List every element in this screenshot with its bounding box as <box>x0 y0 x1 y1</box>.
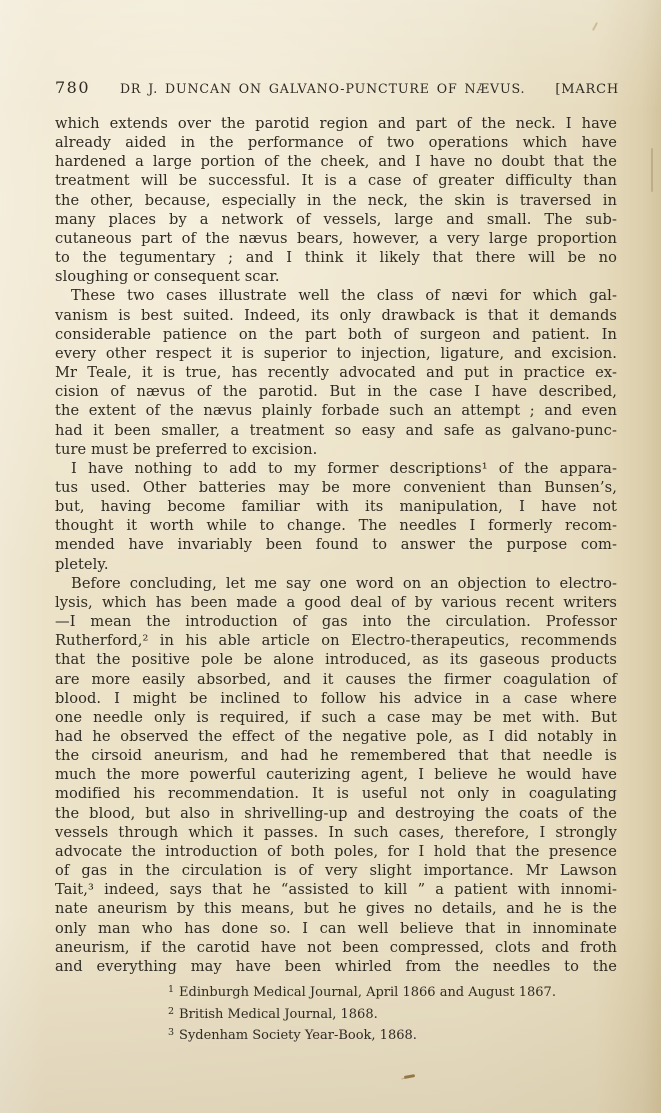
scanned-journal-page: 780 DR J. DUNCAN ON GALVANO-PUNCTURE OF … <box>0 0 661 1113</box>
text-line: and everything may have been whirled fro… <box>55 957 617 976</box>
footnotes: 1Edinburgh Medical Journal, April 1866 a… <box>168 981 556 1046</box>
paper-speck <box>592 22 598 31</box>
text-line: considerable patience on the part both o… <box>55 325 617 344</box>
text-line: treatment will be successful. It is a ca… <box>55 171 617 190</box>
text-line: the other, because, especially in the ne… <box>55 191 617 210</box>
text-line: already aided in the performance of two … <box>55 133 617 152</box>
text-line: lysis, which has been made a good deal o… <box>55 593 617 612</box>
text-line: only man who has done so. I can well bel… <box>55 919 617 938</box>
text-line: advocate the introduction of both poles,… <box>55 842 617 861</box>
text-line: every other respect it is superior to in… <box>55 344 617 363</box>
paper-speck <box>404 1074 415 1079</box>
text-line: are more easily absorbed, and it causes … <box>55 670 617 689</box>
text-line: These two cases illustrate well the clas… <box>55 286 617 305</box>
text-line: ture must be preferred to excision. <box>55 440 617 459</box>
footnote: 2British Medical Journal, 1868. <box>168 1003 556 1025</box>
paragraph: Before concluding, let me say one word o… <box>55 574 617 976</box>
text-line: cision of nævus of the parotid. But in t… <box>55 382 617 401</box>
text-line: the blood, but also in shrivelling-up an… <box>55 804 617 823</box>
paper-edge-mark <box>651 148 653 192</box>
text-line: the extent of the nævus plainly forbade … <box>55 401 617 420</box>
footnote: 3Sydenham Society Year-Book, 1868. <box>168 1024 556 1046</box>
text-line: I have nothing to add to my former descr… <box>55 459 617 478</box>
text-line: blood. I might be inclined to follow his… <box>55 689 617 708</box>
text-line: that the positive pole be alone introduc… <box>55 650 617 669</box>
text-line: one needle only is required, if such a c… <box>55 708 617 727</box>
running-title: DR J. DUNCAN ON GALVANO-PUNCTURE OF NÆVU… <box>120 81 526 96</box>
text-line: pletely. <box>55 555 617 574</box>
text-line: cutaneous part of the nævus bears, howev… <box>55 229 617 248</box>
text-line: to the tegumentary ; and I think it like… <box>55 248 617 267</box>
paragraph: which extends over the parotid region an… <box>55 114 617 286</box>
text-line: nate aneurism by this means, but he give… <box>55 899 617 918</box>
text-line: Mr Teale, it is true, has recently advoc… <box>55 363 617 382</box>
text-line: vessels through which it passes. In such… <box>55 823 617 842</box>
footnote-text: Edinburgh Medical Journal, April 1866 an… <box>179 985 556 1000</box>
running-header: 780 DR J. DUNCAN ON GALVANO-PUNCTURE OF … <box>55 78 619 97</box>
text-line: had it been smaller, a treatment so easy… <box>55 421 617 440</box>
page-number: 780 <box>55 78 90 97</box>
text-line: vanism is best suited. Indeed, its only … <box>55 306 617 325</box>
footnote-marker: 1 <box>168 984 174 995</box>
footnote-text: British Medical Journal, 1868. <box>179 1007 378 1022</box>
paragraph: These two cases illustrate well the clas… <box>55 286 617 458</box>
text-line: thought it worth while to change. The ne… <box>55 516 617 535</box>
text-line: Tait,³ indeed, says that he “assisted to… <box>55 880 617 899</box>
issue-month-label: [MARCH <box>555 82 619 97</box>
text-line: modified his recommendation. It is usefu… <box>55 784 617 803</box>
text-block: which extends over the parotid region an… <box>55 114 617 976</box>
text-line: had he observed the effect of the negati… <box>55 727 617 746</box>
footnote-marker: 2 <box>168 1006 174 1017</box>
text-line: of gas in the circulation is of very sli… <box>55 861 617 880</box>
footnote-marker: 3 <box>168 1027 174 1038</box>
text-line: hardened a large portion of the cheek, a… <box>55 152 617 171</box>
text-line: which extends over the parotid region an… <box>55 114 617 133</box>
text-line: the cirsoid aneurism, and had he remembe… <box>55 746 617 765</box>
text-line: much the more powerful cauterizing agent… <box>55 765 617 784</box>
footnote-text: Sydenham Society Year-Book, 1868. <box>179 1028 417 1043</box>
text-line: —I mean the introduction of gas into the… <box>55 612 617 631</box>
text-line: many places by a network of vessels, lar… <box>55 210 617 229</box>
text-line: sloughing or consequent scar. <box>55 267 617 286</box>
text-line: mended have invariably been found to ans… <box>55 535 617 554</box>
text-line: Before concluding, let me say one word o… <box>55 574 617 593</box>
text-line: tus used. Other batteries may be more co… <box>55 478 617 497</box>
text-line: Rutherford,² in his able article on Elec… <box>55 631 617 650</box>
footnote: 1Edinburgh Medical Journal, April 1866 a… <box>168 981 556 1003</box>
text-line: but, having become familiar with its man… <box>55 497 617 516</box>
text-line: aneurism, if the carotid have not been c… <box>55 938 617 957</box>
paragraph: I have nothing to add to my former descr… <box>55 459 617 574</box>
